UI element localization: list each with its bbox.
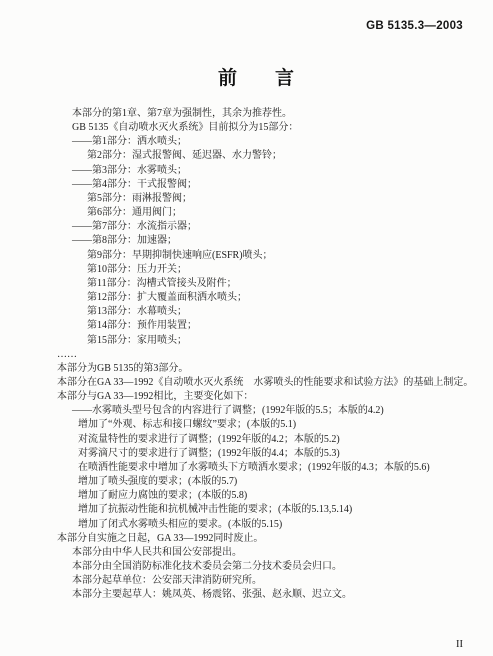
body-line: 增加了耐应力腐蚀的要求；(本版的5.8) (57, 489, 461, 503)
body-line: ——第7部分：水流指示器； (57, 220, 461, 234)
body-line: 在喷洒性能要求中增加了水雾喷头下方喷洒水要求；(1992年版的4.3；本版的5.… (57, 461, 461, 475)
body-line: 本部分与GA 33—1992相比，主要变化如下： (57, 390, 461, 404)
body-line: 增加了闭式水雾喷头相应的要求。(本版的5.15) (57, 518, 461, 532)
body-line: 本部分的第1章、第7章为强制性，其余为推荐性。 (57, 107, 461, 121)
body-line: 本部分由中华人民共和国公安部提出。 (57, 546, 461, 560)
foreword-body: 本部分的第1章、第7章为强制性，其余为推荐性。 GB 5135《自动喷水灭火系统… (57, 107, 461, 602)
body-line: 增加了喷头强度的要求；(本版的5.7) (57, 475, 461, 489)
standard-number: GB 5135.3—2003 (366, 20, 463, 32)
body-line: 第11部分：沟槽式管接头及附件； (57, 277, 461, 291)
body-line: 第10部分：压力开关； (57, 263, 461, 277)
body-line: 第6部分：通用阀门； (57, 206, 461, 220)
body-line: 本部分主要起草人：姚凤英、杨震铭、张强、赵永顺、迟立文。 (57, 588, 461, 602)
body-line: 对雾滴尺寸的要求进行了调整；(1992年版的4.4；本版的5.3) (57, 447, 461, 461)
body-line: 本部分在GA 33—1992《自动喷水灭火系统 水雾喷头的性能要求和试验方法》的… (57, 376, 461, 390)
body-line: ——第8部分：加速器； (57, 234, 461, 248)
body-line: 对流量特性的要求进行了调整；(1992年版的4.2；本版的5.2) (57, 433, 461, 447)
body-line: ——第3部分：水雾喷头； (57, 164, 461, 178)
body-line: 本部分起草单位：公安部天津消防研究所。 (57, 574, 461, 588)
body-line: 本部分由全国消防标准化技术委员会第二分技术委员会归口。 (57, 560, 461, 574)
body-line: 第13部分：水幕喷头； (57, 305, 461, 319)
body-line: 第12部分：扩大覆盖面积洒水喷头； (57, 291, 461, 305)
body-line: GB 5135《自动喷水灭火系统》目前拟分为15部分： (57, 121, 461, 135)
body-line: 本部分为GB 5135的第3部分。 (57, 362, 461, 376)
document-page: GB 5135.3—2003 前 言 本部分的第1章、第7章为强制性，其余为推荐… (0, 0, 493, 656)
body-line: 第9部分：早期抑制快速响应(ESFR)喷头； (57, 249, 461, 263)
body-line: …… (57, 348, 461, 362)
body-line: 本部分自实施之日起，GA 33—1992同时废止。 (57, 532, 461, 546)
body-line: ——第4部分：干式报警阀； (57, 178, 461, 192)
body-line: 第14部分：预作用装置； (57, 319, 461, 333)
body-line: 增加了“外观、标志和接口螺纹”要求；(本版的5.1) (57, 418, 461, 432)
body-line: 第2部分：湿式报警阀、延迟器、水力警铃； (57, 149, 461, 163)
body-line: 第5部分：雨淋报警阀； (57, 192, 461, 206)
body-line: ——水雾喷头型号包含的内容进行了调整；(1992年版的5.5；本版的4.2) (57, 404, 461, 418)
body-line: 增加了抗振动性能和抗机械冲击性能的要求；(本版的5.13,5.14) (57, 503, 461, 517)
body-line: 第15部分：家用喷头； (57, 334, 461, 348)
body-line: ——第1部分：洒水喷头； (57, 135, 461, 149)
page-number: II (456, 639, 463, 650)
page-title: 前 言 (57, 63, 455, 90)
